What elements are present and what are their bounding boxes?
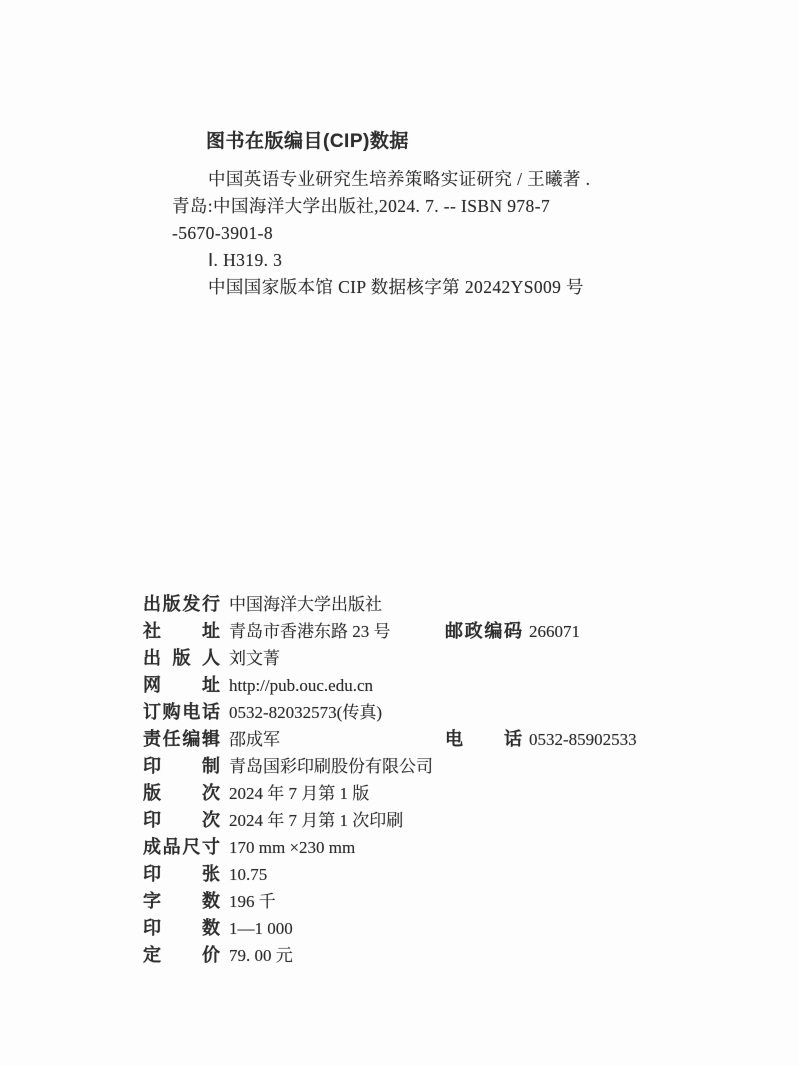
colophon-row: 订购电话 0532-82032573(传真) [143, 699, 723, 726]
colophon-row: 印次 2024 年 7 月第 1 次印刷 [143, 807, 723, 834]
colophon-label: 印次 [143, 807, 220, 834]
colophon-row: 版次 2024 年 7 月第 1 版 [143, 780, 723, 807]
colophon-value: 196 千 [229, 888, 276, 915]
colophon-value: 0532-82032573(传真) [229, 699, 382, 726]
colophon-value: 中国海洋大学出版社 [229, 591, 382, 618]
cip-title-statement: 中国英语专业研究生培养策略实证研究 / 王曦著 . [208, 166, 632, 193]
colophon-label-right: 邮政编码 [445, 618, 522, 645]
colophon-value: 青岛国彩印刷股份有限公司 [229, 753, 433, 780]
colophon-label: 出版人 [143, 645, 220, 672]
colophon-label: 印张 [143, 861, 220, 888]
colophon-row: 印张 10.75 [143, 861, 723, 888]
cip-record-number: 中国国家版本馆 CIP 数据核字第 20242YS009 号 [208, 274, 632, 301]
colophon-row: 社址 青岛市香港东路 23 号 邮政编码 266071 [143, 618, 723, 645]
colophon-right-group: 电话 0532-85902533 [445, 726, 637, 753]
colophon-value: 邵成军 [229, 726, 280, 753]
colophon-label: 印数 [143, 915, 220, 942]
colophon-label-right: 电话 [445, 726, 522, 753]
colophon-value: 79. 00 元 [229, 942, 293, 969]
colophon-label: 定价 [143, 942, 220, 969]
colophon-value-right: 0532-85902533 [529, 726, 637, 753]
cip-publisher-isbn-line: 青岛:中国海洋大学出版社,2024. 7. -- ISBN 978-7 [172, 193, 632, 220]
colophon-label: 成品尺寸 [143, 834, 220, 861]
colophon-label: 印制 [143, 753, 220, 780]
cip-data-block: 图书在版编目(CIP)数据 中国英语专业研究生培养策略实证研究 / 王曦著 . … [172, 128, 632, 301]
colophon-value: 170 mm ×230 mm [229, 834, 355, 861]
colophon-row: 责任编辑 邵成军 电话 0532-85902533 [143, 726, 723, 753]
colophon-label: 订购电话 [143, 699, 220, 726]
colophon-row: 印制 青岛国彩印刷股份有限公司 [143, 753, 723, 780]
colophon-row: 字数 196 千 [143, 888, 723, 915]
colophon-rows: 出版发行 中国海洋大学出版社 社址 青岛市香港东路 23 号 邮政编码 2660… [143, 591, 723, 969]
colophon-label: 出版发行 [143, 591, 220, 618]
cip-header: 图书在版编目(CIP)数据 [206, 128, 632, 155]
colophon-row: 网址 http://pub.ouc.edu.cn [143, 672, 723, 699]
copyright-page: 图书在版编目(CIP)数据 中国英语专业研究生培养策略实证研究 / 王曦著 . … [0, 0, 799, 1066]
colophon-value-right: 266071 [529, 618, 580, 645]
colophon-row: 出版发行 中国海洋大学出版社 [143, 591, 723, 618]
colophon-right-group: 邮政编码 266071 [445, 618, 580, 645]
colophon-row: 定价 79. 00 元 [143, 942, 723, 969]
colophon-value: 1—1 000 [229, 915, 293, 942]
colophon-value: 刘文菁 [229, 645, 280, 672]
colophon-row: 出版人 刘文菁 [143, 645, 723, 672]
cip-classification: Ⅰ. H319. 3 [208, 247, 632, 274]
colophon-label: 社址 [143, 618, 220, 645]
colophon-label: 网址 [143, 672, 220, 699]
colophon-value: 2024 年 7 月第 1 版 [229, 780, 369, 807]
colophon-label: 字数 [143, 888, 220, 915]
colophon-label: 版次 [143, 780, 220, 807]
colophon-value: http://pub.ouc.edu.cn [229, 672, 373, 699]
colophon-label: 责任编辑 [143, 726, 220, 753]
colophon-row: 印数 1—1 000 [143, 915, 723, 942]
colophon-value: 2024 年 7 月第 1 次印刷 [229, 807, 403, 834]
colophon-value: 青岛市香港东路 23 号 [229, 618, 391, 645]
colophon-row: 成品尺寸 170 mm ×230 mm [143, 834, 723, 861]
cip-isbn-continuation: -5670-3901-8 [172, 220, 632, 247]
colophon-value: 10.75 [229, 861, 267, 888]
